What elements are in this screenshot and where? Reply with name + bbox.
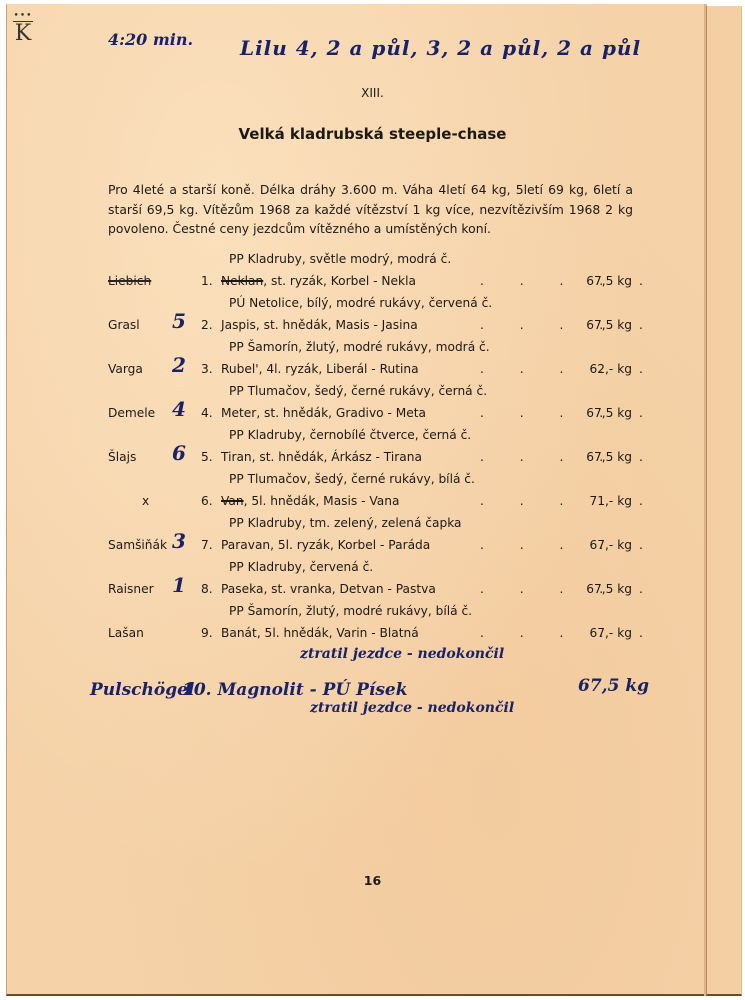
entry-number: 4. (201, 406, 221, 420)
page-number: 16 (0, 873, 745, 888)
horse-name: Paseka (221, 582, 263, 596)
entry-number: 9. (201, 626, 221, 640)
jockey-name: Demele (108, 406, 155, 420)
horse-name: Paravan (221, 538, 270, 552)
entry-number: 5. (201, 450, 221, 464)
section-number: XIII. (0, 86, 745, 100)
owner-colors: PP Kladruby, červená č. (229, 560, 373, 574)
weight: 62,- kg (590, 362, 632, 376)
leader-dots: . . . . . (480, 538, 659, 552)
entry-number: 7. (201, 538, 221, 552)
owner-colors: PP Kladruby, černobílé čtverce, černá č. (229, 428, 471, 442)
entry-number: 8. (201, 582, 221, 596)
entry-row: PP Kladruby, červená č. Raisner 1 8.Pase… (0, 560, 745, 604)
weight: 67,- kg (590, 626, 632, 640)
finish-place: 2 (172, 353, 186, 377)
jockey-name: Varga (108, 362, 143, 376)
owner-colors: PÚ Netolice, bílý, modré rukávy, červená… (229, 296, 492, 310)
leader-dots: . . . . . (480, 450, 659, 464)
entry-row: PÚ Netolice, bílý, modré rukávy, červená… (0, 296, 745, 340)
finish-place: 5 (172, 309, 186, 333)
entry-row: PP Šamorín, žlutý, modré rukávy, bílá č.… (0, 604, 745, 648)
leader-dots: . . . . . (480, 318, 659, 332)
horse-name: Rubel' (221, 362, 259, 376)
horse-name: Meter (221, 406, 256, 420)
handwritten-note-entry10: ztratil jezdce - nedokončil (310, 700, 514, 716)
finish-place: 1 (172, 573, 186, 597)
entry-row: PP Tlumačov, šedý, černé rukávy, černá č… (0, 384, 745, 428)
owner-colors: PP Šamorín, žlutý, modré rukávy, bílá č. (229, 604, 472, 618)
horse-details: , st. hnědák, Árkász - Tirana (252, 450, 422, 464)
horse-details: , 5l. hnědák, Masis - Vana (244, 494, 400, 508)
entry-number: 2. (201, 318, 221, 332)
handwritten-weight-entry10: 67,5 kg (578, 676, 649, 696)
horse-name: Van (221, 494, 244, 508)
horse-name: Jaspis (221, 318, 256, 332)
entry-number: 3. (201, 362, 221, 376)
weight: 71,- kg (590, 494, 632, 508)
horse-line: 4.Meter, st. hnědák, Gradivo - Meta (201, 406, 426, 420)
horse-details: , st. hnědák, Gradivo - Meta (256, 406, 426, 420)
horse-line: 1.Neklan, st. ryzák, Korbel - Nekla (201, 274, 416, 288)
handwritten-time: 4:20 min. (108, 30, 193, 49)
owner-colors: PP Kladruby, světle modrý, modrá č. (229, 252, 451, 266)
leader-dots: . . . . . (480, 582, 659, 596)
horse-line: 3.Rubel', 4l. ryzák, Liberál - Rutina (201, 362, 419, 376)
owner-colors: PP Kladruby, tm. zelený, zelená čapka (229, 516, 462, 530)
weight: 67,5 kg (586, 450, 632, 464)
owner-colors: PP Tlumačov, šedý, černé rukávy, černá č… (229, 384, 487, 398)
jockey-name: Šlajs (108, 450, 136, 464)
leader-dots: . . . . . (480, 494, 659, 508)
leader-dots: . . . . . (480, 274, 659, 288)
horse-details: , st. vranka, Detvan - Pastva (263, 582, 435, 596)
horse-name: Neklan (221, 274, 263, 288)
horse-details: , 5l. hnědák, Varin - Blatná (257, 626, 419, 640)
entry-number: 1. (201, 274, 221, 288)
race-title: Velká kladrubská steeple-chase (0, 125, 745, 143)
leader-dots: . . . . . (480, 362, 659, 376)
finish-place: 6 (172, 441, 186, 465)
entry-row: PP Tlumačov, šedý, černé rukávy, bílá č.… (0, 472, 745, 516)
horse-name: Banát (221, 626, 257, 640)
horse-details: , st. ryzák, Korbel - Nekla (263, 274, 416, 288)
jockey-name: Liebich (108, 274, 151, 288)
finish-place: 3 (172, 529, 186, 553)
owner-colors: PP Šamorín, žlutý, modré rukávy, modrá č… (229, 340, 490, 354)
weight: 67,5 kg (586, 318, 632, 332)
horse-details: , 5l. ryzák, Korbel - Paráda (270, 538, 430, 552)
finish-place: 4 (172, 397, 186, 421)
jockey-name: Samšiňák (108, 538, 167, 552)
handwritten-note-entry9: ztratil jezdce - nedokončil (300, 646, 504, 662)
leader-dots: . . . . . (480, 406, 659, 420)
horse-line: 6.Van, 5l. hnědák, Masis - Vana (201, 494, 399, 508)
jockey-name: Grasl (108, 318, 140, 332)
k-logo-icon: ••• K (13, 12, 33, 46)
horse-details: , 4l. ryzák, Liberál - Rutina (259, 362, 419, 376)
horse-line: 2.Jaspis, st. hnědák, Masis - Jasina (201, 318, 418, 332)
x-mark: x (142, 494, 149, 508)
horse-line: 7.Paravan, 5l. ryzák, Korbel - Paráda (201, 538, 430, 552)
horse-line: 9.Banát, 5l. hnědák, Varin - Blatná (201, 626, 419, 640)
entry-row: PP Kladruby, světle modrý, modrá č. Lieb… (0, 252, 745, 296)
jockey-name: Lašan (108, 626, 144, 640)
weight: 67,- kg (590, 538, 632, 552)
weight: 67,5 kg (586, 406, 632, 420)
entry-row: PP Kladruby, černobílé čtverce, černá č.… (0, 428, 745, 472)
owner-colors: PP Tlumačov, šedý, černé rukávy, bílá č. (229, 472, 475, 486)
race-conditions: Pro 4leté a starší koně. Délka dráhy 3.6… (108, 180, 633, 239)
weight: 67,5 kg (586, 274, 632, 288)
entry-row: PP Šamorín, žlutý, modré rukávy, modrá č… (0, 340, 745, 384)
entry-row: PP Kladruby, tm. zelený, zelená čapka Sa… (0, 516, 745, 560)
weight: 67,5 kg (586, 582, 632, 596)
handwritten-entry10: 10. Magnolit - PÚ Písek (182, 680, 408, 700)
entry-number: 6. (201, 494, 221, 508)
horse-details: , st. hnědák, Masis - Jasina (256, 318, 418, 332)
jockey-name: Raisner (108, 582, 154, 596)
handwritten-jockey-entry10: Pulschögel (90, 680, 194, 700)
horse-line: 5.Tiran, st. hnědák, Árkász - Tirana (201, 450, 422, 464)
handwritten-odds: Lilu 4, 2 a půl, 3, 2 a půl, 2 a půl (240, 36, 641, 60)
horse-name: Tiran (221, 450, 252, 464)
leader-dots: . . . . . (480, 626, 659, 640)
horse-line: 8.Paseka, st. vranka, Detvan - Pastva (201, 582, 436, 596)
